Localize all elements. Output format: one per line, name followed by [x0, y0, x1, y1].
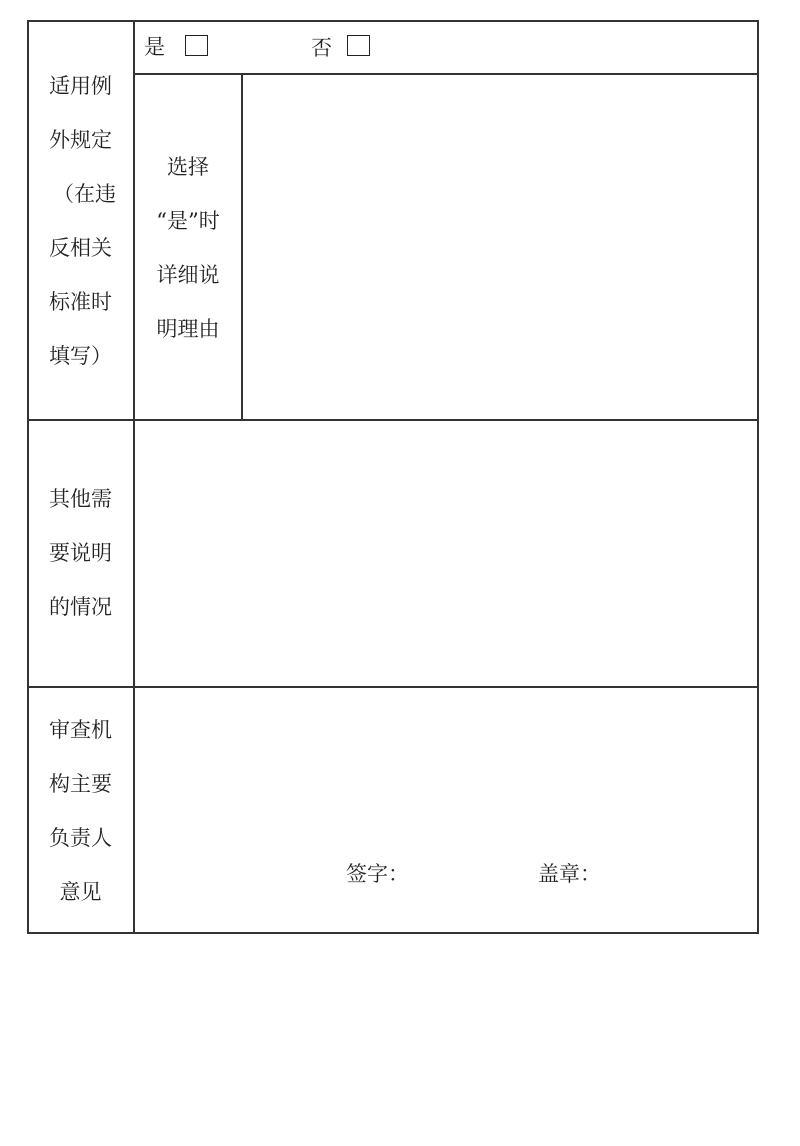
section-divider-1 [27, 419, 759, 421]
other-section-label: 其他需 要说明 的情况 [27, 489, 134, 618]
seal-label: 盖章： [538, 864, 601, 885]
label-line: 要说明 [49, 543, 112, 564]
label-line: 的情况 [49, 597, 112, 618]
label-line: 反相关 [49, 238, 112, 259]
exception-section-label: 适用例 外规定 （在违 反相关 标准时 填写） [27, 76, 134, 367]
label-line: 意见 [60, 882, 102, 903]
label-line: 负责人 [49, 828, 112, 849]
label-line: 适用例 [49, 76, 112, 97]
yes-checkbox[interactable] [185, 35, 208, 56]
reason-label: 选择 “是”时 详细说 明理由 [134, 157, 242, 340]
review-opinion-field[interactable] [136, 689, 756, 931]
label-line: 构主要 [49, 774, 112, 795]
no-checkbox[interactable] [347, 35, 370, 56]
table-border-right [757, 20, 759, 934]
review-section-label: 审查机 构主要 负责人 意见 [27, 720, 134, 903]
table-border-bottom [27, 932, 759, 934]
section-divider-2 [27, 686, 759, 688]
label-line: 选择 [167, 157, 209, 178]
label-line: “是”时 [156, 211, 219, 232]
label-line: 详细说 [157, 265, 220, 286]
label-line: （在违 [53, 184, 116, 205]
no-label: 否 [311, 38, 332, 59]
label-line: 审查机 [49, 720, 112, 741]
label-line: 标准时 [49, 292, 112, 313]
label-line: 填写） [49, 346, 112, 367]
yes-no-row-divider [133, 73, 759, 75]
label-line: 外规定 [49, 130, 112, 151]
yes-label: 是 [144, 37, 165, 58]
signature-label: 签字： [346, 864, 409, 885]
table-border-top [27, 20, 759, 22]
other-field[interactable] [136, 422, 756, 685]
label-line: 其他需 [49, 489, 112, 510]
label-line: 明理由 [157, 319, 220, 340]
reason-field[interactable] [244, 76, 756, 418]
